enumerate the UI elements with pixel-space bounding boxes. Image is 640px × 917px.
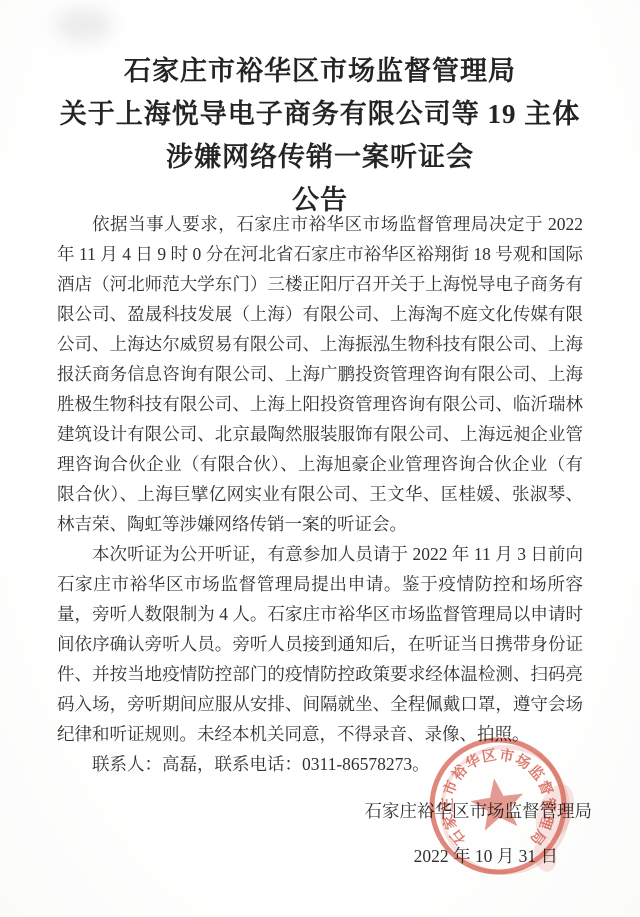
paragraph-hearing-decision: 依据当事人要求，石家庄市裕华区市场监督管理局决定于 2022 年 11 月 4 … <box>57 209 583 539</box>
signature-block: 石家庄裕华区市场监督管理局 2022 年 10 月 31 日 <box>365 796 593 871</box>
title-line-subject: 关于上海悦导电子商务有限公司等 19 主体 <box>36 93 604 136</box>
signature-date: 2022 年 10 月 31 日 <box>365 841 559 871</box>
document-title: 石家庄市裕华区市场监督管理局 关于上海悦导电子商务有限公司等 19 主体 涉嫌网… <box>36 50 604 222</box>
signature-org: 石家庄裕华区市场监督管理局 <box>365 796 593 826</box>
title-line-authority: 石家庄市裕华区市场监督管理局 <box>36 50 604 93</box>
announcement-document: 石家庄市裕华区市场监督管理局 关于上海悦导电子商务有限公司等 19 主体 涉嫌网… <box>0 0 640 917</box>
title-line-case: 涉嫌网络传销一案听证会 <box>36 136 604 179</box>
scan-smudge <box>55 8 113 42</box>
document-body: 依据当事人要求，石家庄市裕华区市场监督管理局决定于 2022 年 11 月 4 … <box>57 209 583 779</box>
contact-line: 联系人：高磊，联系电话：0311-86578273。 <box>57 749 583 779</box>
seal-char: 市 <box>439 777 461 797</box>
paragraph-attendance-rules: 本次听证为公开听证，有意参加人员请于 2022 年 11 月 3 日前向石家庄市… <box>57 539 583 749</box>
